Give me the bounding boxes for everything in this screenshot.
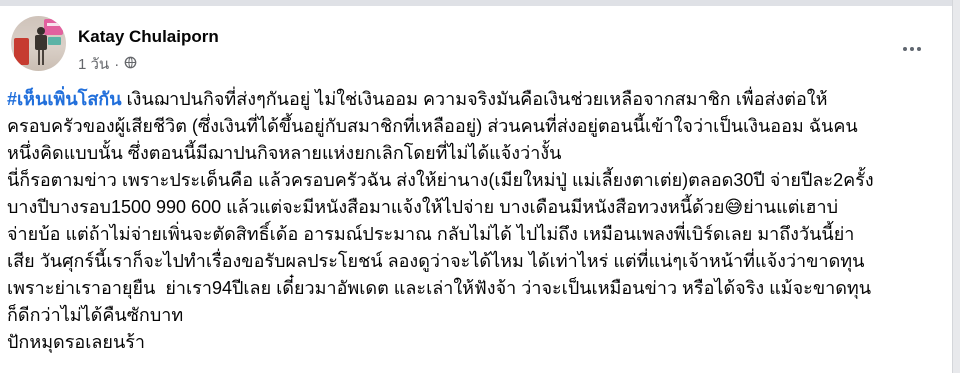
author-name[interactable]: Katay Chulaiporn xyxy=(78,27,219,47)
avatar[interactable] xyxy=(11,16,66,71)
globe-icon xyxy=(124,56,137,73)
ellipsis-dot xyxy=(910,47,914,51)
post-text: #เห็นเพิ่นโสกัน เงินฌาปนกิจที่ส่งๆกันอยู… xyxy=(7,86,945,356)
post-card: Katay Chulaiporn 1 วัน · #เห็นเพิ่นโสกัน… xyxy=(0,6,952,373)
post-meta: 1 วัน · xyxy=(78,52,137,76)
post-body-text: เงินฌาปนกิจที่ส่งๆกันอยู่ ไม่ใช่เงินออม … xyxy=(7,89,874,352)
avatar-photo-person-body xyxy=(35,35,47,50)
avatar-photo-person-head xyxy=(37,27,45,35)
facebook-post-page: Katay Chulaiporn 1 วัน · #เห็นเพิ่นโสกัน… xyxy=(0,0,960,373)
avatar-photo-teal-shape xyxy=(48,37,61,45)
scrollbar-track[interactable] xyxy=(952,0,960,373)
avatar-photo-red-shape xyxy=(14,38,29,65)
avatar-photo-person-legs xyxy=(38,50,40,65)
avatar-photo-pink-shape xyxy=(44,19,63,35)
timestamp[interactable]: 1 วัน xyxy=(78,52,109,76)
meta-separator: · xyxy=(114,56,119,73)
ellipsis-dot xyxy=(903,47,907,51)
hashtag-link[interactable]: #เห็นเพิ่นโสกัน xyxy=(7,89,122,109)
ellipsis-dot xyxy=(917,47,921,51)
more-options-button[interactable] xyxy=(896,39,928,59)
